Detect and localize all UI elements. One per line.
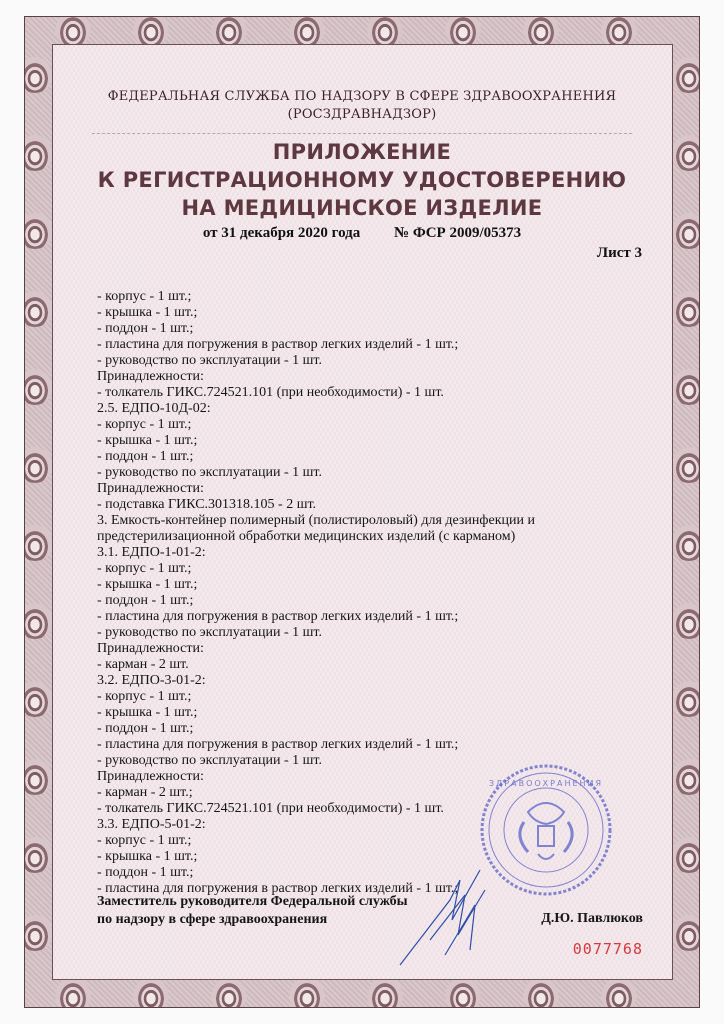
content-line: - поддон - 1 шт.; bbox=[97, 593, 617, 609]
content-line: предстерилизационной обработки медицинск… bbox=[97, 529, 617, 545]
certificate-number: № ФСР 2009/05373 bbox=[394, 225, 521, 241]
agency-name: ФЕДЕРАЛЬНАЯ СЛУЖБА ПО НАДЗОРУ В СФЕРЕ ЗД… bbox=[0, 88, 724, 106]
ornament-icon bbox=[445, 977, 481, 1007]
ornament-icon bbox=[25, 447, 53, 483]
title-line-3: НА МЕДИЦИНСКОЕ ИЗДЕЛИЕ bbox=[0, 194, 724, 222]
content-line: Принадлежности: bbox=[97, 481, 617, 497]
ornament-icon bbox=[523, 17, 559, 47]
content-line: 3.2. ЕДПО-3-01-2: bbox=[97, 673, 617, 689]
content-line: - пластина для погружения в раствор легк… bbox=[97, 337, 617, 353]
content-line: - поддон - 1 шт.; bbox=[97, 321, 617, 337]
agency-abbreviation: (РОСЗДРАВНАДЗОР) bbox=[0, 106, 724, 124]
ornament-icon bbox=[133, 977, 169, 1007]
agency-header: ФЕДЕРАЛЬНАЯ СЛУЖБА ПО НАДЗОРУ В СФЕРЕ ЗД… bbox=[0, 88, 724, 124]
ornament-icon bbox=[289, 977, 325, 1007]
ornament-icon bbox=[211, 17, 247, 47]
ornament-icon bbox=[55, 977, 91, 1007]
certificate-date: от 31 декабря 2020 года bbox=[203, 225, 360, 241]
ornament-icon bbox=[25, 915, 53, 951]
content-line: Принадлежности: bbox=[97, 641, 617, 657]
ornament-icon bbox=[671, 603, 699, 639]
ornament-icon bbox=[523, 977, 559, 1007]
content-line: - поддон - 1 шт.; bbox=[97, 449, 617, 465]
ornament-icon bbox=[601, 977, 637, 1007]
ornament-icon bbox=[671, 759, 699, 795]
ornament-icon bbox=[671, 525, 699, 561]
ornament-icon bbox=[211, 977, 247, 1007]
title-line-1: ПРИЛОЖЕНИЕ bbox=[0, 138, 724, 166]
ornament-icon bbox=[671, 681, 699, 717]
ornament-icon bbox=[133, 17, 169, 47]
ornament-icon bbox=[601, 17, 637, 47]
ornament-icon bbox=[25, 759, 53, 795]
signatory-name: Д.Ю. Павлюков bbox=[541, 911, 643, 927]
ornament-icon bbox=[367, 977, 403, 1007]
content-line: - пластина для погружения в раствор легк… bbox=[97, 737, 617, 753]
ornament-icon bbox=[671, 915, 699, 951]
content-line: - руководство по эксплуатации - 1 шт. bbox=[97, 625, 617, 641]
content-line: - толкатель ГИКС.724521.101 (при необход… bbox=[97, 385, 617, 401]
ornament-icon bbox=[55, 17, 91, 47]
ornament-icon bbox=[367, 17, 403, 47]
certificate-reference: от 31 декабря 2020 года № ФСР 2009/05373 bbox=[0, 225, 724, 242]
content-line: - корпус - 1 шт.; bbox=[97, 689, 617, 705]
ornament-icon bbox=[25, 369, 53, 405]
content-line: - корпус - 1 шт.; bbox=[97, 289, 617, 305]
ornament-icon bbox=[671, 837, 699, 873]
content-line: - карман - 2 шт. bbox=[97, 657, 617, 673]
content-line: - подставка ГИКС.301318.105 - 2 шт. bbox=[97, 497, 617, 513]
content-line: - пластина для погружения в раствор легк… bbox=[97, 609, 617, 625]
position-line-2: по надзору в сфере здравоохранения bbox=[97, 911, 408, 929]
sheet-number: Лист 3 bbox=[597, 245, 642, 262]
content-line: - корпус - 1 шт.; bbox=[97, 417, 617, 433]
title-line-2: К РЕГИСТРАЦИОННОМУ УДОСТОВЕРЕНИЮ bbox=[0, 166, 724, 194]
ornament-icon bbox=[445, 17, 481, 47]
content-line: - крышка - 1 шт.; bbox=[97, 433, 617, 449]
content-line: - корпус - 1 шт.; bbox=[97, 561, 617, 577]
content-line: - поддон - 1 шт.; bbox=[97, 721, 617, 737]
ornament-icon bbox=[25, 837, 53, 873]
ornament-icon bbox=[25, 291, 53, 327]
header-divider bbox=[92, 133, 632, 134]
ornament-icon bbox=[25, 603, 53, 639]
serial-number: 0077768 bbox=[573, 940, 643, 958]
content-line: 2.5. ЕДПО-10Д-02: bbox=[97, 401, 617, 417]
content-line: 3.1. ЕДПО-1-01-2: bbox=[97, 545, 617, 561]
content-line: - крышка - 1 шт.; bbox=[97, 577, 617, 593]
content-line: - руководство по эксплуатации - 1 шт. bbox=[97, 353, 617, 369]
signature-icon bbox=[390, 860, 530, 970]
ornament-icon bbox=[25, 525, 53, 561]
content-line: Принадлежности: bbox=[97, 369, 617, 385]
content-line: 3. Емкость-контейнер полимерный (полисти… bbox=[97, 513, 617, 529]
document-title: ПРИЛОЖЕНИЕ К РЕГИСТРАЦИОННОМУ УДОСТОВЕРЕ… bbox=[0, 138, 724, 222]
ornament-icon bbox=[671, 447, 699, 483]
svg-text:ЗДРАВООХРАНЕНИЯ: ЗДРАВООХРАНЕНИЯ bbox=[489, 779, 603, 788]
content-line: - крышка - 1 шт.; bbox=[97, 305, 617, 321]
content-line: - крышка - 1 шт.; bbox=[97, 705, 617, 721]
position-line-1: Заместитель руководителя Федеральной слу… bbox=[97, 893, 408, 911]
ornament-icon bbox=[671, 291, 699, 327]
ornament-icon bbox=[25, 681, 53, 717]
ornament-icon bbox=[289, 17, 325, 47]
content-line: - руководство по эксплуатации - 1 шт. bbox=[97, 465, 617, 481]
ornament-icon bbox=[671, 369, 699, 405]
signatory-position: Заместитель руководителя Федеральной слу… bbox=[97, 893, 408, 929]
